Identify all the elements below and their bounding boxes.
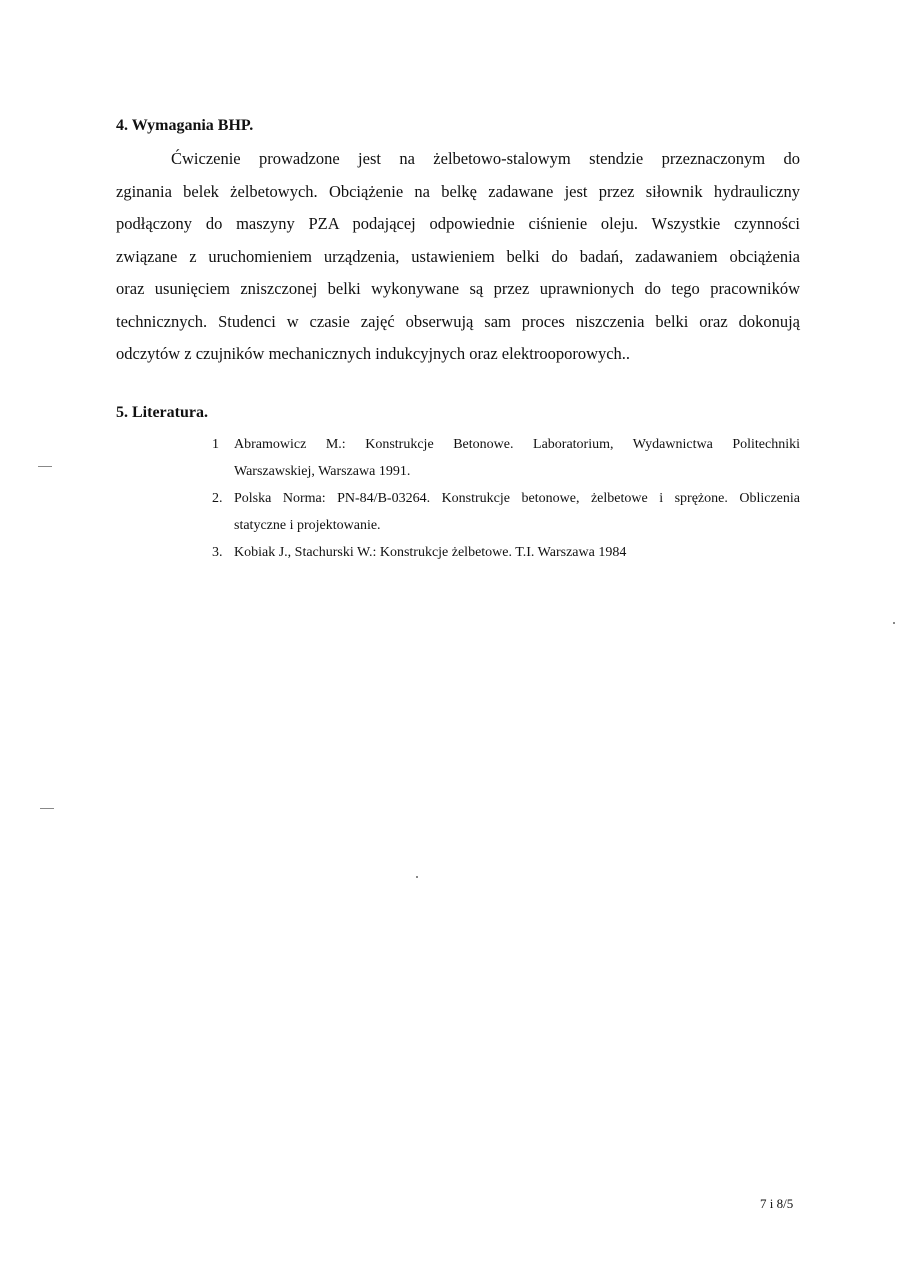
section-heading-literatura: 5. Literatura. <box>116 404 208 422</box>
section-paragraph-bhp: Ćwiczenie prowadzone jest na żelbetowo-s… <box>116 143 800 371</box>
scan-artifact <box>40 808 54 809</box>
scan-artifact <box>38 466 52 467</box>
page-number: 7 i 8/5 <box>760 1196 793 1212</box>
reference-list: 1 Abramowicz M.: Konstrukcje Betonowe. L… <box>212 431 800 566</box>
reference-line: Warszawskiej, Warszawa 1991. <box>234 458 800 485</box>
paragraph-line: Ćwiczenie prowadzone jest na żelbetowo-s… <box>116 143 800 176</box>
paragraph-line: oraz usunięciem zniszczonej belki wykony… <box>116 273 800 306</box>
reference-line: statyczne i projektowanie. <box>234 512 800 539</box>
reference-number: 1 <box>212 431 219 458</box>
paragraph-line: podłączony do maszyny PZA podającej odpo… <box>116 208 800 241</box>
reference-number: 3. <box>212 539 223 566</box>
reference-line: Polska Norma: PN-84/B-03264. Konstrukcje… <box>234 485 800 512</box>
reference-line: Kobiak J., Stachurski W.: Konstrukcje że… <box>234 539 800 566</box>
reference-item: 3. Kobiak J., Stachurski W.: Konstrukcje… <box>212 539 800 566</box>
reference-item: 2. Polska Norma: PN-84/B-03264. Konstruk… <box>212 485 800 539</box>
paragraph-line: zginania belek żelbetowych. Obciążenie n… <box>116 176 800 209</box>
reference-item: 1 Abramowicz M.: Konstrukcje Betonowe. L… <box>212 431 800 485</box>
scan-artifact <box>416 876 418 878</box>
paragraph-line: odczytów z czujników mechanicznych induk… <box>116 338 800 371</box>
reference-line: Abramowicz M.: Konstrukcje Betonowe. Lab… <box>234 431 800 458</box>
scan-artifact <box>893 622 895 624</box>
paragraph-line: technicznych. Studenci w czasie zajęć ob… <box>116 306 800 339</box>
reference-number: 2. <box>212 485 223 512</box>
paragraph-line: związane z uruchomieniem urządzenia, ust… <box>116 241 800 274</box>
section-heading-bhp: 4. Wymagania BHP. <box>116 117 253 135</box>
